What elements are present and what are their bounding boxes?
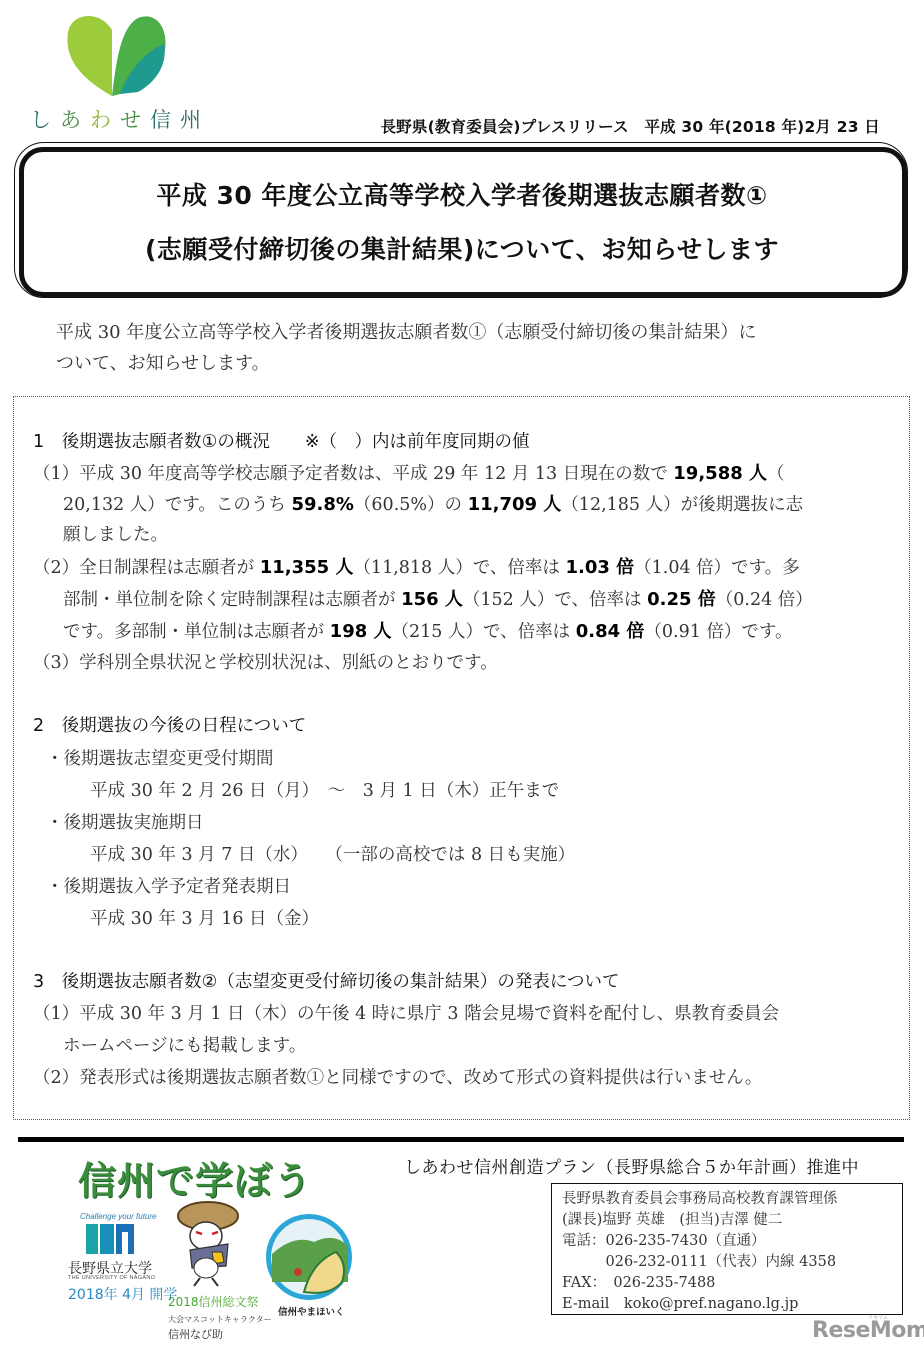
section-1-item-2-line-1: （2）全日制課程は志願者が 11,355 人（11,818 人）で、倍率は 1.… — [33, 553, 800, 579]
schedule-item-label: ・後期選抜志望変更受付期間 — [46, 745, 274, 770]
resemom-watermark: ReseMom — [812, 1318, 924, 1343]
contact-people: (課長)塩野 英雄 (担当)吉澤 健二 — [562, 1208, 782, 1229]
footer-divider — [18, 1137, 904, 1142]
title-box — [19, 147, 907, 297]
shiawase-shinshu-logo-text: しあわせ信州 — [30, 104, 210, 134]
yamahoiku-label: 信州やまほいく — [278, 1304, 345, 1318]
university-opening: 2018年 4月 開学 — [68, 1284, 177, 1304]
university-logo-icon — [86, 1224, 134, 1254]
contact-email[interactable]: E-mail koko@pref.nagano.lg.jp — [562, 1292, 798, 1313]
resemom-watermark-kana: リセマム — [868, 1314, 888, 1321]
page-title-line-2: (志願受付締切後の集計結果)について、お知らせします — [0, 230, 924, 266]
page-title-line-1: 平成 30 年度公立高等学校入学者後期選抜志願者数① — [0, 176, 924, 212]
shinshu-yamahoiku-logo-icon — [264, 1212, 354, 1302]
schedule-item-label: ・後期選抜入学予定者発表期日 — [46, 873, 291, 898]
shinshu-de-manabou-banner: 信州で学ぼう — [78, 1150, 312, 1205]
schedule-item-label: ・後期選抜実施期日 — [46, 809, 204, 834]
section-1-item-2-line-3: です。多部制・単位制は志願者が 198 人（215 人）で、倍率は 0.84 倍… — [63, 617, 793, 643]
navisuke-mascot-icon — [168, 1200, 248, 1288]
contact-fax: FAX： 026-235-7488 — [562, 1271, 715, 1292]
section-1-heading: 1 後期選抜志願者数①の概況 ※（ ）内は前年度同期の値 — [33, 428, 529, 453]
mascot-role: 大会マスコットキャラクター — [168, 1314, 272, 1325]
section-3-item-1-line-2: ホームページにも掲載します。 — [63, 1032, 306, 1057]
contact-info-box: 長野県教育委員会事務局高校教育課管理係 (課長)塩野 英雄 (担当)吉澤 健二 … — [551, 1183, 903, 1315]
contact-department: 長野県教育委員会事務局高校教育課管理係 — [562, 1187, 838, 1208]
intro-paragraph: 平成 30 年度公立高等学校入学者後期選抜志願者数①（志願受付締切後の集計結果）… — [56, 317, 876, 379]
mascot-name: 信州なび助 — [168, 1326, 223, 1342]
section-1-item-1-line-2: 20,132 人）です。このうち 59.8%（60.5%）の 11,709 人（… — [63, 490, 803, 516]
section-3-item-1-line-1: （1）平成 30 年 3 月 1 日（木）の午後 4 時に県庁 3 階会見場で資… — [33, 1000, 779, 1025]
mascot-event-name: 2018信州総文祭 — [168, 1293, 259, 1310]
section-1-item-1-line-1: （1）平成 30 年度高等学校志願予定者数は、平成 29 年 12 月 13 日… — [33, 459, 785, 485]
section-2-heading: 2 後期選抜の今後の日程について — [33, 712, 306, 737]
contact-phone-direct: 電話：026-235-7430（直通） — [562, 1229, 766, 1250]
university-name-en: THE UNIVERSITY OF NAGANO — [68, 1275, 155, 1281]
shiawase-plan-slogan: しあわせ信州創造プラン（長野県総合５か年計画）推進中 — [404, 1153, 859, 1178]
press-release-date: 長野県(教育委員会)プレスリリース 平成 30 年(2018 年)2月 23 日 — [380, 115, 880, 137]
section-3-item-2: （2）発表形式は後期選抜志願者数①と同様ですので、改めて形式の資料提供は行いませ… — [33, 1064, 762, 1089]
shiawase-shinshu-heart-logo — [60, 8, 170, 100]
schedule-item-date: 平成 30 年 3 月 7 日（水） （一部の高校では 8 日も実施） — [90, 841, 575, 866]
schedule-item-date: 平成 30 年 3 月 16 日（金） — [90, 905, 319, 930]
section-1-item-1-line-3: 願しました。 — [63, 521, 168, 546]
university-tagline: Challenge your future — [80, 1212, 157, 1221]
contact-phone-main: 026-232-0111（代表）内線 4358 — [562, 1250, 836, 1271]
section-1-item-2-line-2: 部制・単位制を除く定時制課程は志願者が 156 人（152 人）で、倍率は 0.… — [63, 585, 813, 611]
section-1-item-3: （3）学科別全県状況と学校別状況は、別紙のとおりです。 — [33, 649, 498, 674]
section-3-heading: 3 後期選抜志願者数②（志望変更受付締切後の集計結果）の発表について — [33, 968, 619, 993]
schedule-item-date: 平成 30 年 2 月 26 日（月） ～ 3 月 1 日（木）正午まで — [90, 777, 559, 802]
